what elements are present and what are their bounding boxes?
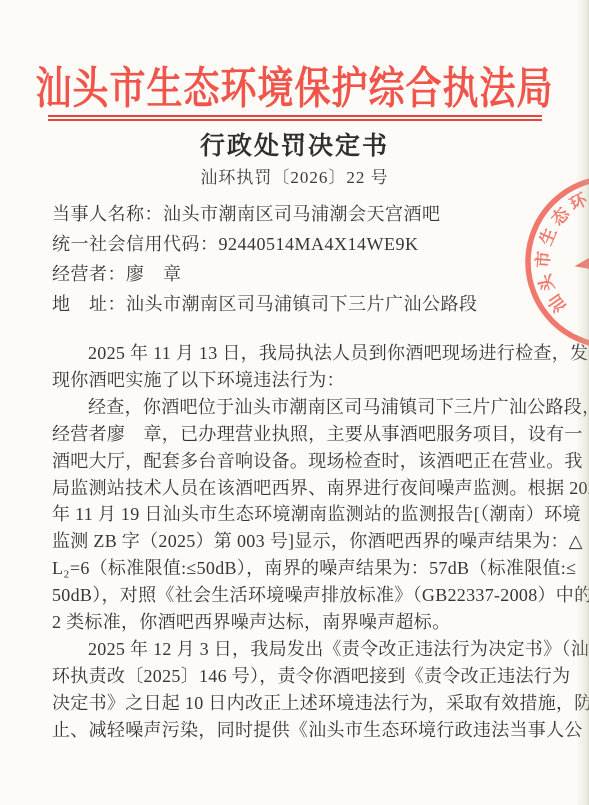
body-paragraphs: 2025 年 11 月 13 日，我局执法人员到你酒吧现场进行检查，发现你酒吧实… xyxy=(52,340,549,744)
body-line: 经查，你酒吧位于汕头市潮南区司马浦镇司下三片广汕公路段， xyxy=(52,394,549,421)
party-info-line: 经营者：廖 章 xyxy=(52,259,549,289)
body-line: 决定书》之日起 10 日内改正上述环境违法行为，采取有效措施，防 xyxy=(52,690,549,717)
body-line: 现你酒吧实施了以下环境违法行为： xyxy=(52,367,549,394)
party-info-block: 当事人名称：汕头市潮南区司马浦潮会天宫酒吧统一社会信用代码：92440514MA… xyxy=(52,199,549,319)
doc-title: 行政处罚决定书 xyxy=(0,126,589,162)
document-page: 汕头市生态环境保护综合执法局 行政处罚决定书 汕环执罚〔2026〕22 号 当事… xyxy=(0,0,589,805)
body-line: 2 类标准，你酒吧西界噪声达标，南界噪声超标。 xyxy=(52,609,549,636)
header-double-rule xyxy=(48,115,542,121)
body-line: 止、减轻噪声污染，同时提供《汕头市生态环境行政违法当事人公 xyxy=(52,717,549,744)
agency-title: 汕头市生态环境保护综合执法局 xyxy=(0,54,589,116)
body-line: L₂=6（标准限值:≤50dB），南界的噪声结果为：57dB（标准限值:≤ xyxy=(52,555,549,582)
body-line: 50dB），对照《社会生活环境噪声排放标准》（GB22337-2008）中的 xyxy=(52,582,549,609)
scan-edge xyxy=(576,0,589,805)
body-line: 酒吧大厅，配套多台音响设备。现场检查时，该酒吧正在营业。我 xyxy=(52,448,549,475)
party-info-line: 统一社会信用代码：92440514MA4X14WE9K xyxy=(52,229,549,259)
party-info-line: 当事人名称：汕头市潮南区司马浦潮会天宫酒吧 xyxy=(52,199,549,229)
body-line: 监测 ZB 字（2025）第 003 号]显示，你酒吧西界的噪声结果为：△ xyxy=(52,528,549,555)
body-line: 2025 年 12 月 3 日，我局发出《责令改正违法行为决定书》（汕 xyxy=(52,636,549,663)
body-line: 2025 年 11 月 13 日，我局执法人员到你酒吧现场进行检查，发 xyxy=(52,340,549,367)
body-line: 经营者廖 章，已办理营业执照，主要从事酒吧服务项目，设有一 xyxy=(52,421,549,448)
body-line: 局监测站技术人员在该酒吧西界、南界进行夜间噪声监测。根据 2025 xyxy=(52,475,549,502)
body-line: 年 11 月 19 日汕头市生态环境潮南监测站的监测报告[（潮南）环境 xyxy=(52,501,549,528)
doc-number: 汕环执罚〔2026〕22 号 xyxy=(0,163,589,188)
party-info-line: 地 址：汕头市潮南区司马浦镇司下三片广汕公路段 xyxy=(52,289,549,319)
body-line: 环执责改〔2025〕146 号），责令你酒吧接到《责令改正违法行为 xyxy=(52,663,549,690)
